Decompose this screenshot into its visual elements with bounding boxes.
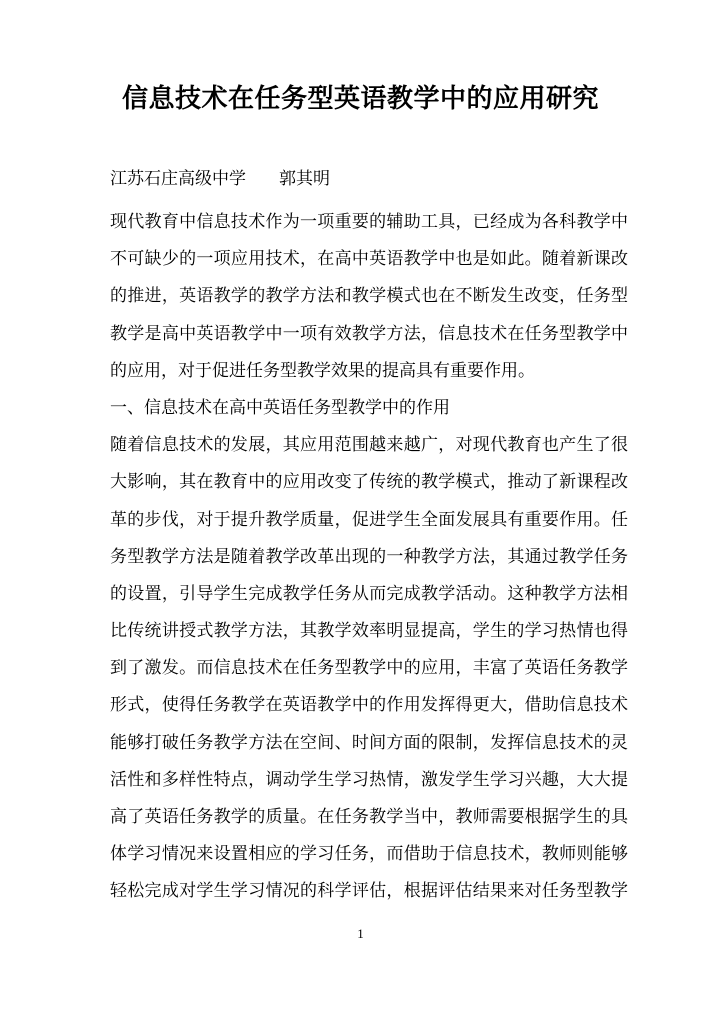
body-line: 活性和多样性特点，调动学生学习热情，激发学生学习兴趣，大大提: [110, 761, 628, 798]
body-line: 形式，使得任务教学在英语教学中的作用发挥得更大，借助信息技术: [110, 686, 628, 723]
body-line: 高了英语任务教学的质量。在任务教学当中，教师需要根据学生的具: [110, 798, 628, 835]
document-page: 信息技术在任务型英语教学中的应用研究 江苏石庄高级中学郭其明 现代教育中信息技术…: [0, 0, 721, 1020]
author-line: 江苏石庄高级中学郭其明: [110, 167, 628, 191]
body-line: 随着信息技术的发展，其应用范围越来越广，对现代教育也产生了很: [110, 426, 628, 463]
body-line: 大影响，其在教育中的应用改变了传统的教学模式，推动了新课程改: [110, 463, 628, 500]
body-line: 不可缺少的一项应用技术，在高中英语教学中也是如此。随着新课改: [110, 240, 628, 277]
body-line: 的设置，引导学生完成教学任务从而完成教学活动。这种教学方法相: [110, 575, 628, 612]
body-line: 轻松完成对学生学习情况的科学评估，根据评估结果来对任务型教学: [110, 872, 628, 909]
body-line: 体学习情况来设置相应的学习任务，而借助于信息技术，教师则能够: [110, 835, 628, 872]
body-line: 现代教育中信息技术作为一项重要的辅助工具，已经成为各科教学中: [110, 203, 628, 240]
body-line: 能够打破任务教学方法在空间、时间方面的限制，发挥信息技术的灵: [110, 724, 628, 761]
body-line: 教学是高中英语教学中一项有效教学方法，信息技术在任务型教学中: [110, 315, 628, 352]
body-line: 的应用，对于促进任务型教学效果的提高具有重要作用。: [110, 352, 628, 389]
author-affiliation: 江苏石庄高级中学: [110, 169, 246, 188]
author-name: 郭其明: [279, 169, 330, 188]
body-line: 的推进，英语教学的教学方法和教学模式也在不断发生改变，任务型: [110, 277, 628, 314]
body-line: 比传统讲授式教学方法，其教学效率明显提高，学生的学习热情也得: [110, 612, 628, 649]
page-number: 1: [0, 925, 721, 943]
body-line: 到了激发。而信息技术在任务型教学中的应用，丰富了英语任务教学: [110, 649, 628, 686]
body-line: 务型教学方法是随着教学改革出现的一种教学方法，其通过教学任务: [110, 538, 628, 575]
document-body: 现代教育中信息技术作为一项重要的辅助工具，已经成为各科教学中不可缺少的一项应用技…: [110, 203, 628, 910]
document-title: 信息技术在任务型英语教学中的应用研究: [0, 80, 721, 118]
body-line: 革的步伐，对于提升教学质量，促进学生全面发展具有重要作用。任: [110, 501, 628, 538]
section-heading: 一、信息技术在高中英语任务型教学中的作用: [110, 389, 628, 426]
